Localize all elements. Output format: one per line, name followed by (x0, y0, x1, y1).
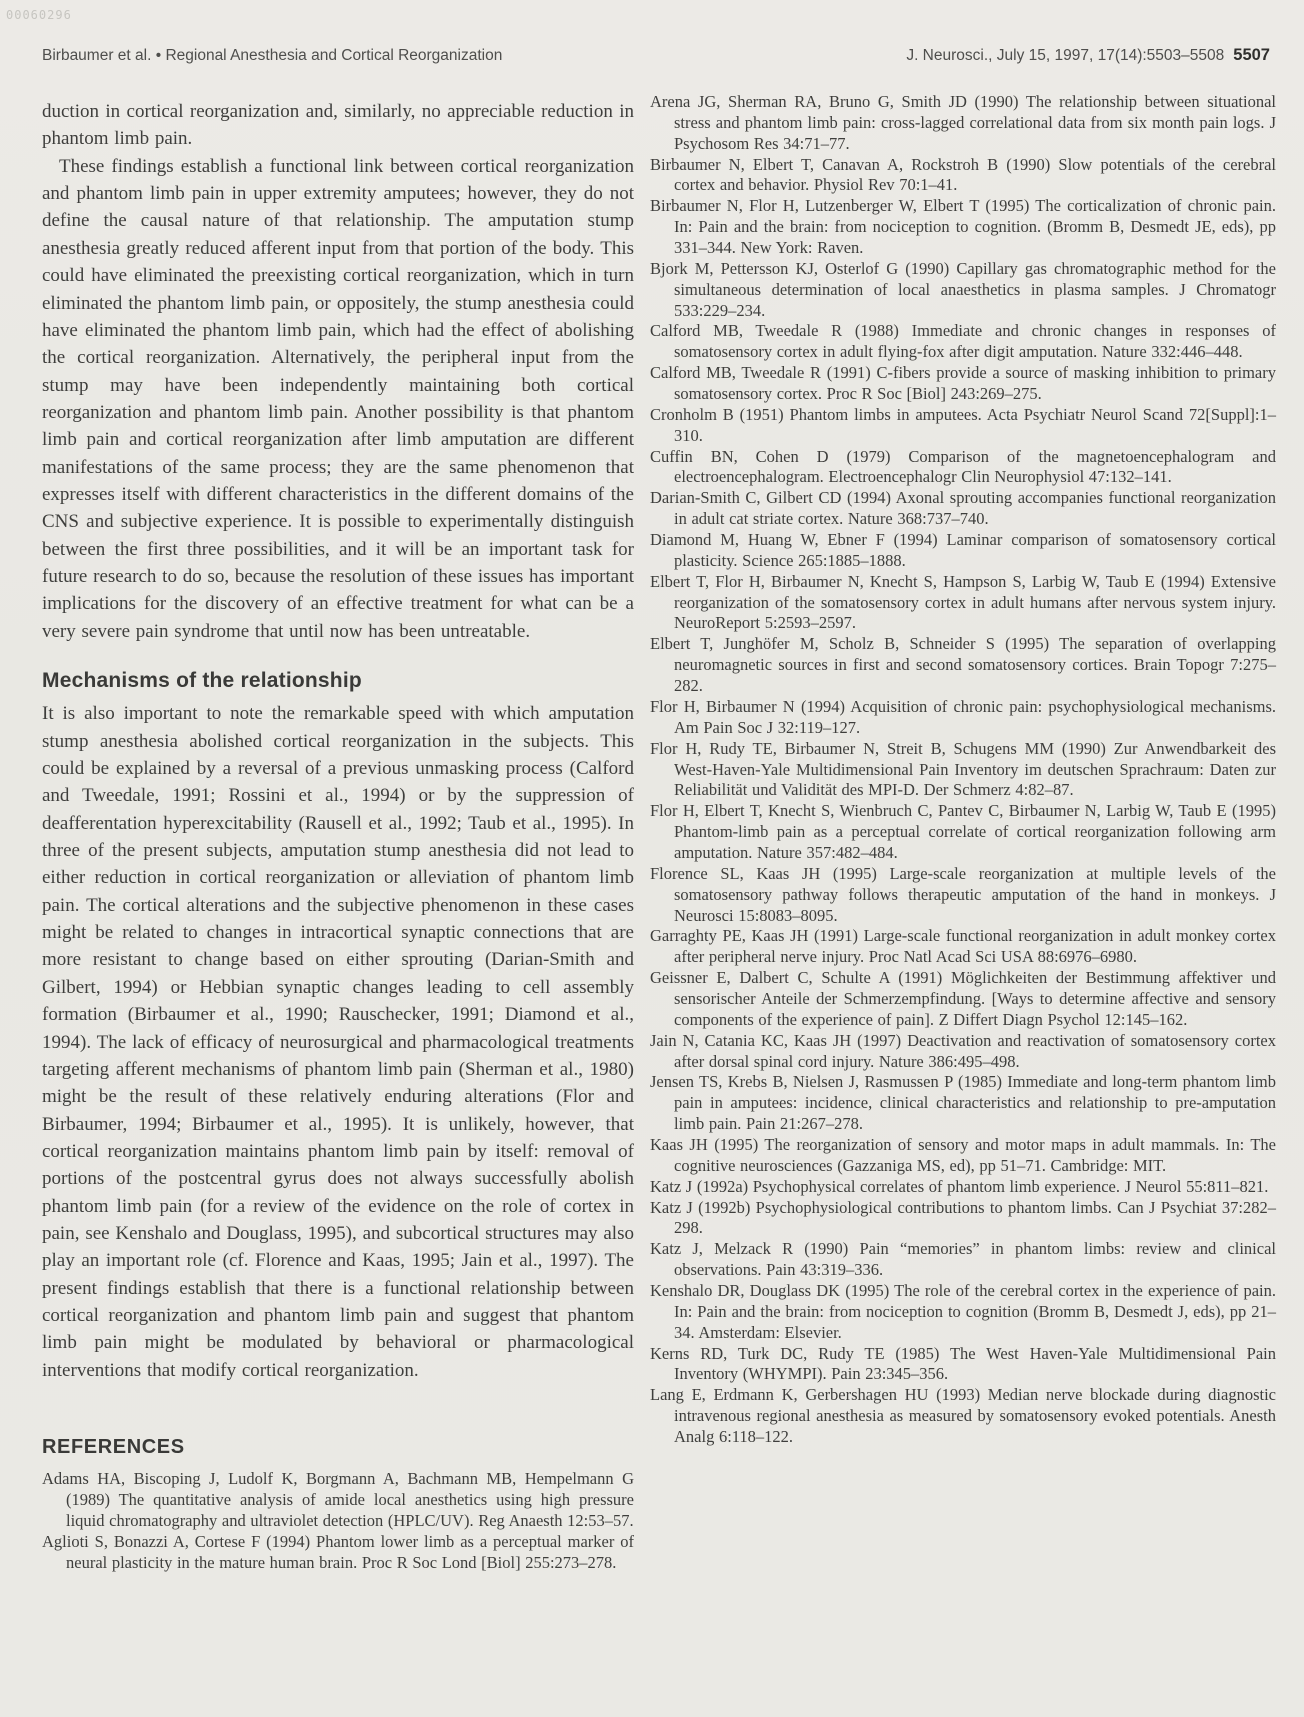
reference-item: Kerns RD, Turk DC, Rudy TE (1985) The We… (650, 1344, 1276, 1386)
reference-item: Calford MB, Tweedale R (1988) Immediate … (650, 321, 1276, 363)
journal-page: 00060296 Birbaumer et al. • Regional Ane… (0, 0, 1304, 1717)
reference-item: Adams HA, Biscoping J, Ludolf K, Borgman… (42, 1469, 634, 1532)
reference-item: Arena JG, Sherman RA, Bruno G, Smith JD … (650, 92, 1276, 155)
page-number: 5507 (1233, 46, 1270, 64)
reference-item: Geissner E, Dalbert C, Schulte A (1991) … (650, 968, 1276, 1031)
reference-item: Cronholm B (1951) Phantom limbs in amput… (650, 405, 1276, 447)
section-heading: Mechanisms of the relationship (42, 669, 634, 693)
reference-item: Jensen TS, Krebs B, Nielsen J, Rasmussen… (650, 1072, 1276, 1135)
right-column: Arena JG, Sherman RA, Bruno G, Smith JD … (650, 92, 1276, 1448)
reference-item: Garraghty PE, Kaas JH (1991) Large-scale… (650, 926, 1276, 968)
reference-item: Aglioti S, Bonazzi A, Cortese F (1994) P… (42, 1532, 634, 1574)
reference-item: Florence SL, Kaas JH (1995) Large-scale … (650, 864, 1276, 927)
reference-item: Birbaumer N, Elbert T, Canavan A, Rockst… (650, 155, 1276, 197)
body-paragraph: It is also important to note the remarka… (42, 700, 634, 1384)
references-list-left: Adams HA, Biscoping J, Ludolf K, Borgman… (42, 1469, 634, 1573)
reference-item: Katz J (1992b) Psychophysiological contr… (650, 1198, 1276, 1240)
reference-item: Elbert T, Junghöfer M, Scholz B, Schneid… (650, 634, 1276, 697)
running-head-right: J. Neurosci., July 15, 1997, 17(14):5503… (906, 46, 1270, 65)
reference-item: Lang E, Erdmann K, Gerbershagen HU (1993… (650, 1385, 1276, 1448)
reference-item: Jain N, Catania KC, Kaas JH (1997) Deact… (650, 1031, 1276, 1073)
page-header: Birbaumer et al. • Regional Anesthesia a… (42, 46, 1270, 65)
body-paragraph: These findings establish a functional li… (42, 153, 634, 645)
left-column: duction in cortical reorganization and, … (42, 98, 634, 1573)
reference-item: Birbaumer N, Flor H, Lutzenberger W, Elb… (650, 196, 1276, 259)
references-list-right: Arena JG, Sherman RA, Bruno G, Smith JD … (650, 92, 1276, 1448)
running-head-left: Birbaumer et al. • Regional Anesthesia a… (42, 47, 502, 65)
reference-item: Darian-Smith C, Gilbert CD (1994) Axonal… (650, 488, 1276, 530)
references-heading: REFERENCES (42, 1436, 634, 1459)
scan-artifact-number: 00060296 (6, 8, 72, 22)
reference-item: Flor H, Birbaumer N (1994) Acquisition o… (650, 697, 1276, 739)
reference-item: Diamond M, Huang W, Ebner F (1994) Lamin… (650, 530, 1276, 572)
reference-item: Kaas JH (1995) The reorganization of sen… (650, 1135, 1276, 1177)
reference-item: Elbert T, Flor H, Birbaumer N, Knecht S,… (650, 572, 1276, 635)
journal-citation: J. Neurosci., July 15, 1997, 17(14):5503… (906, 47, 1224, 64)
reference-item: Bjork M, Pettersson KJ, Osterlof G (1990… (650, 259, 1276, 322)
reference-item: Cuffin BN, Cohen D (1979) Comparison of … (650, 447, 1276, 489)
reference-item: Katz J, Melzack R (1990) Pain “memories”… (650, 1239, 1276, 1281)
reference-item: Kenshalo DR, Douglass DK (1995) The role… (650, 1281, 1276, 1344)
reference-item: Flor H, Elbert T, Knecht S, Wienbruch C,… (650, 801, 1276, 864)
reference-item: Calford MB, Tweedale R (1991) C-fibers p… (650, 363, 1276, 405)
body-paragraph: duction in cortical reorganization and, … (42, 98, 634, 153)
reference-item: Katz J (1992a) Psychophysical correlates… (650, 1177, 1276, 1198)
reference-item: Flor H, Rudy TE, Birbaumer N, Streit B, … (650, 739, 1276, 802)
